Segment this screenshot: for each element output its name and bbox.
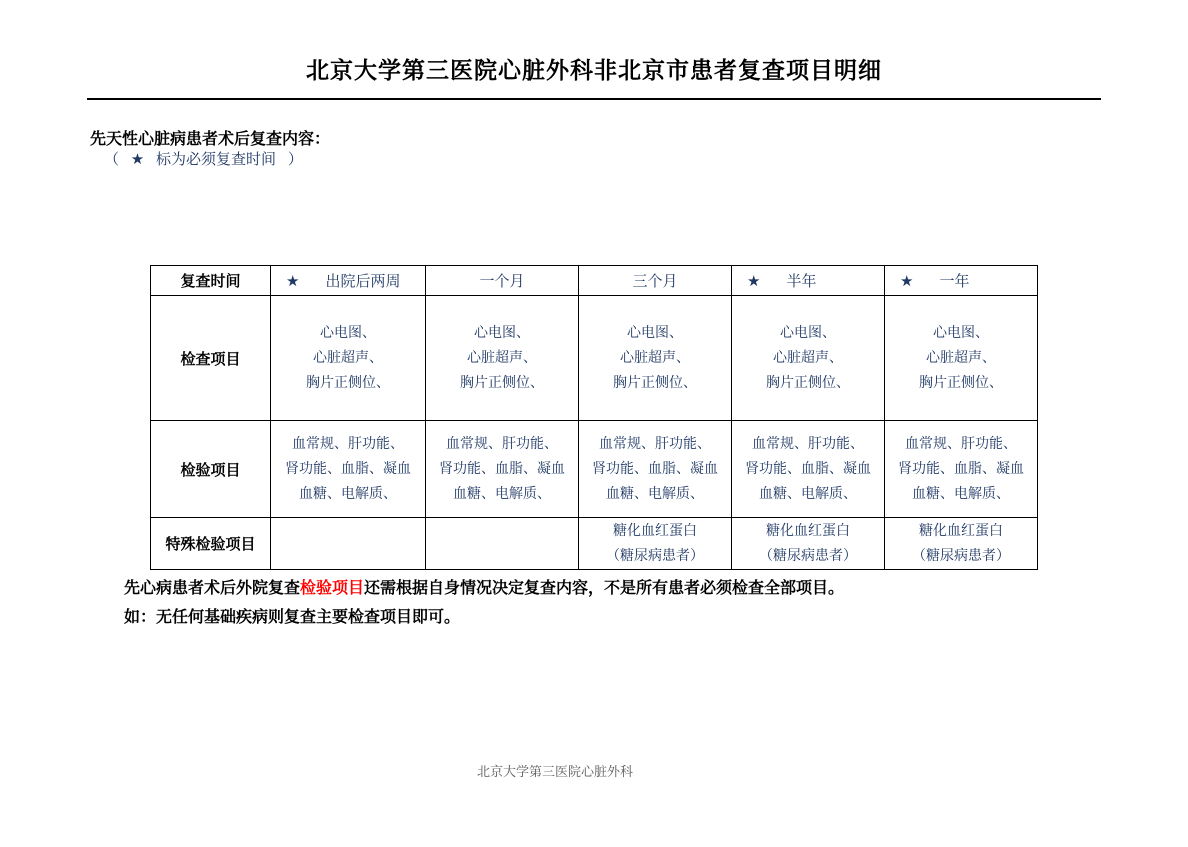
- row-label-exam-items: 检查项目: [151, 296, 271, 421]
- exam-cell: 心电图、 心脏超声、 胸片正侧位、: [426, 296, 579, 421]
- document-title: 北京大学第三医院心脏外科非北京市患者复查项目明细: [0, 52, 1188, 85]
- note-line-1: 先心病患者术后外院复查检验项目还需根据自身情况决定复查内容，不是所有患者必须检查…: [124, 577, 844, 598]
- special-cell: 糖化血红蛋白 （糖尿病患者）: [885, 518, 1038, 570]
- star-icon: ★: [900, 272, 913, 290]
- header-label: 一个月: [479, 270, 524, 291]
- review-schedule-table: 复查时间 ★ 出院后两周 一个月 三个月 ★ 半年: [150, 265, 1038, 570]
- header-label: 一年: [939, 270, 969, 291]
- header-label: 半年: [786, 270, 816, 291]
- exam-cell: 心电图、 心脏超声、 胸片正侧位、: [579, 296, 732, 421]
- special-cell: 糖化血红蛋白 （糖尿病患者）: [732, 518, 885, 570]
- lab-cell: 血常规、肝功能、 肾功能、血脂、凝血 血糖、电解质、: [579, 421, 732, 518]
- special-cell: 糖化血红蛋白 （糖尿病患者）: [579, 518, 732, 570]
- table-row-special-lab-items: 特殊检验项目 糖化血红蛋白 （糖尿病患者） 糖化血红蛋白 （糖尿病患者） 糖化血…: [151, 518, 1038, 570]
- legend-line: （ ★ 标为必须复查时间 ）: [104, 148, 303, 169]
- exam-cell: 心电图、 心脏超声、 胸片正侧位、: [732, 296, 885, 421]
- header-cell-one-month: 一个月: [426, 266, 579, 296]
- header-label: 出院后两周: [325, 270, 400, 291]
- header-corner-label: 复查时间: [151, 266, 271, 296]
- header-cell-one-year: ★ 一年: [885, 266, 1038, 296]
- legend-text: 标为必须复查时间: [156, 150, 276, 168]
- special-cell-empty: [271, 518, 426, 570]
- note-line-2: 如：无任何基础疾病则复查主要检查项目即可。: [124, 606, 844, 627]
- star-icon: ★: [131, 150, 144, 168]
- header-cell-half-year: ★ 半年: [732, 266, 885, 296]
- row-label-lab-items: 检验项目: [151, 421, 271, 518]
- lab-cell: 血常规、肝功能、 肾功能、血脂、凝血 血糖、电解质、: [732, 421, 885, 518]
- title-divider-line: [87, 98, 1101, 100]
- star-icon: ★: [286, 272, 299, 290]
- note-line-1-highlight: 检验项目: [300, 578, 364, 597]
- star-icon: ★: [747, 272, 760, 290]
- exam-cell: 心电图、 心脏超声、 胸片正侧位、: [885, 296, 1038, 421]
- lab-cell: 血常规、肝功能、 肾功能、血脂、凝血 血糖、电解质、: [426, 421, 579, 518]
- header-cell-two-weeks: ★ 出院后两周: [271, 266, 426, 296]
- exam-cell: 心电图、 心脏超声、 胸片正侧位、: [271, 296, 426, 421]
- legend-open-paren: （: [104, 150, 119, 168]
- intro-heading: 先天性心脏病患者术后复查内容：: [90, 126, 330, 149]
- header-cell-three-months: 三个月: [579, 266, 732, 296]
- document-footer: 北京大学第三医院心脏外科: [0, 761, 1110, 780]
- table-row-exam-items: 检查项目 心电图、 心脏超声、 胸片正侧位、 心电图、 心脏超声、 胸片正侧位、…: [151, 296, 1038, 421]
- note-line-1-post: 还需根据自身情况决定复查内容，不是所有患者必须检查全部项目。: [364, 578, 844, 597]
- lab-cell: 血常规、肝功能、 肾功能、血脂、凝血 血糖、电解质、: [271, 421, 426, 518]
- table-header-row: 复查时间 ★ 出院后两周 一个月 三个月 ★ 半年: [151, 266, 1038, 296]
- note-line-1-pre: 先心病患者术后外院复查: [124, 578, 300, 597]
- header-label: 三个月: [632, 270, 677, 291]
- special-cell-empty: [426, 518, 579, 570]
- lab-cell: 血常规、肝功能、 肾功能、血脂、凝血 血糖、电解质、: [885, 421, 1038, 518]
- notes-block: 先心病患者术后外院复查检验项目还需根据自身情况决定复查内容，不是所有患者必须检查…: [124, 577, 844, 635]
- table-row-lab-items: 检验项目 血常规、肝功能、 肾功能、血脂、凝血 血糖、电解质、 血常规、肝功能、…: [151, 421, 1038, 518]
- row-label-special-lab-items: 特殊检验项目: [151, 518, 271, 570]
- legend-close-paren: ）: [288, 150, 303, 168]
